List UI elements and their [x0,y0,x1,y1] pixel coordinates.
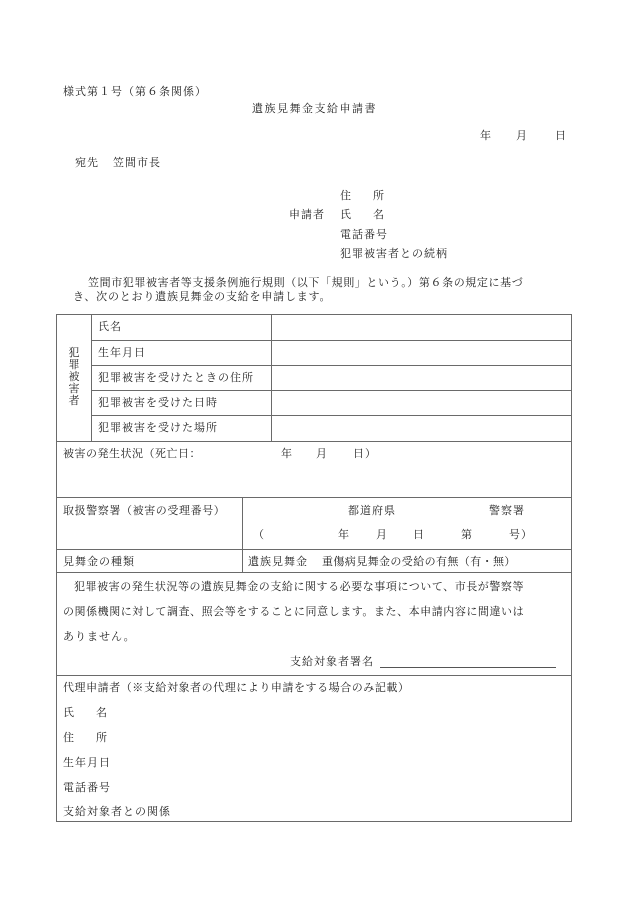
police-station-field[interactable] [243,498,571,548]
consent-line1: 犯罪被害の発生状況等の遺族見舞金の支給に関する必要な事項について、市長が警察等 [74,580,524,594]
consent-line3: ありません。 [63,630,136,644]
victim-place-field[interactable] [272,416,571,441]
police-label: 取扱警察署（被害の受理番号） [63,504,225,518]
date-day-label: 日 [555,129,566,143]
applicant-phone-label: 電話番号 [340,228,388,242]
damage-description-field[interactable] [57,462,571,496]
consent-line2: の関係機関に対して調査、照会等をすることに同意します。また、本申請内容に間違いは [63,605,524,619]
divider [56,441,572,442]
proxy-birthdate-label: 生年月日 [63,756,111,770]
victim-name-label: 氏名 [98,320,122,334]
proxy-address-label: 住 所 [63,731,107,745]
damage-label: 被害の発生状況（死亡日： [63,447,201,461]
date-year-label: 年 [480,129,491,143]
victim-birthdate-field[interactable] [272,341,571,365]
damage-month-label: 月 [316,447,328,461]
applicant-name-label: 氏 名 [340,208,384,222]
applicant-label: 申請者 [289,208,325,222]
applicant-address-label: 住 所 [340,189,384,203]
addressee-label: 宛先 [75,156,99,170]
divider [91,314,92,441]
addressee-value: 笠間市長 [113,156,161,170]
severe-injury-receipt-label[interactable]: 重傷病見舞金の受給の有無（有・無） [322,555,516,569]
damage-day-label: 日） [353,447,377,461]
signature-label: 支給対象者署名 [290,655,374,669]
signature-field[interactable] [380,667,556,668]
victim-birthdate-label: 生年月日 [98,346,146,360]
benefit-type-value: 遺族見舞金 [248,555,308,569]
divider [56,572,572,573]
proxy-phone-label: 電話番号 [63,781,111,795]
intro-text-line2: き、次のとおり遺族見舞金の支給を申請します。 [73,290,331,304]
victim-place-label: 犯罪被害を受けた場所 [98,421,218,435]
victim-address-label: 犯罪被害を受けたときの住所 [98,371,254,385]
intro-text-line1: 笠間市犯罪被害者等支援条例施行規則（以下「規則」という。）第６条の規定に基づ [88,276,523,290]
victim-name-field[interactable] [272,315,571,340]
date-month-label: 月 [516,129,527,143]
applicant-relation-label: 犯罪被害者との続柄 [340,247,448,261]
divider [56,675,572,676]
victim-datetime-field[interactable] [272,391,571,415]
proxy-header: 代理申請者（※支給対象者の代理により申請をする場合のみ記載） [63,681,410,695]
form-number: 様式第１号（第６条関係） [63,85,207,99]
proxy-relation-label: 支給対象者との関係 [63,805,171,819]
proxy-name-label: 氏 名 [63,706,107,720]
damage-year-label: 年 [281,447,293,461]
page-title: 遺族見舞金支給申請書 [252,102,377,116]
benefit-type-label: 見舞金の種類 [63,555,135,569]
victim-group-label: 犯罪被害者 [67,347,81,407]
victim-address-field[interactable] [272,366,571,390]
victim-datetime-label: 犯罪被害を受けた日時 [98,396,218,410]
divider [56,549,572,550]
